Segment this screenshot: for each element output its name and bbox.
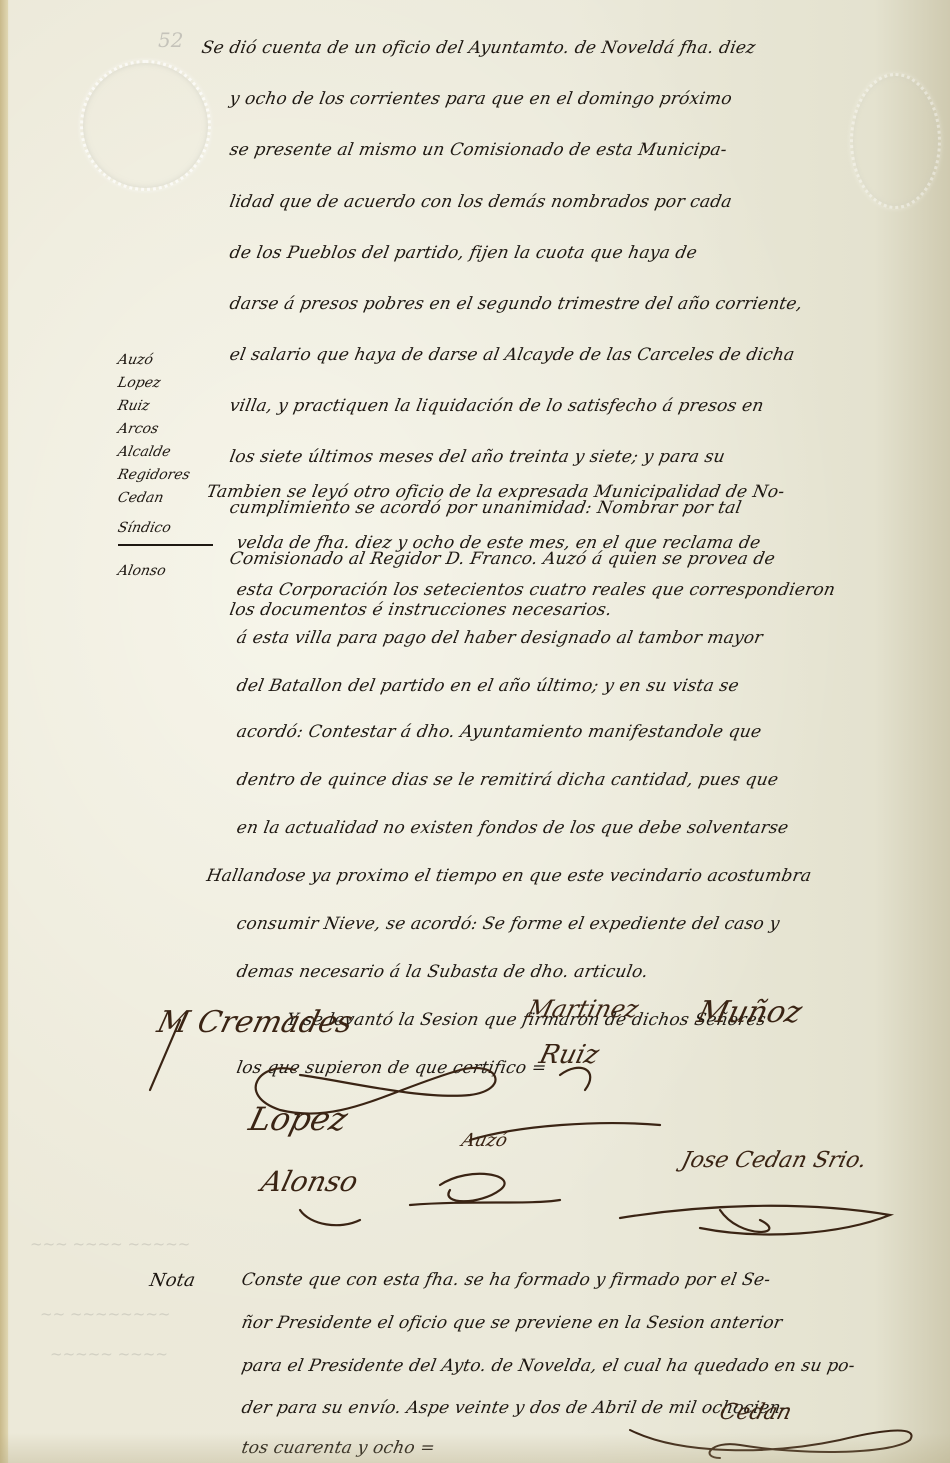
text-line: lidad que de acuerdo con los demás nombr… bbox=[228, 192, 734, 212]
text-line: Se dió cuenta de un oficio del Ayuntamto… bbox=[200, 38, 757, 58]
text-line: el salario que haya de darse al Alcayde … bbox=[228, 345, 796, 365]
margin-underline bbox=[118, 544, 213, 546]
note-signature-flourish bbox=[620, 1410, 950, 1463]
text-line: darse á presos pobres en el segundo trim… bbox=[228, 294, 804, 314]
text-line: en la actualidad no existen fondos de lo… bbox=[235, 818, 790, 838]
margin-name: Síndico bbox=[116, 520, 172, 536]
text-line: tos cuarenta y ocho = bbox=[240, 1438, 437, 1458]
margin-name: Alcalde bbox=[116, 444, 172, 460]
text-line: acordó: Contestar á dho. Ayuntamiento ma… bbox=[235, 722, 763, 742]
margin-name: Ruiz bbox=[116, 398, 151, 414]
embossed-seal-stamp bbox=[80, 60, 211, 191]
text-line: demas necesario á la Subasta de dho. art… bbox=[235, 962, 650, 982]
margin-name: Regidores bbox=[116, 467, 191, 483]
margin-name: Cedan bbox=[116, 490, 165, 506]
text-line: se presente al mismo un Comisionado de e… bbox=[228, 140, 728, 160]
text-line: los siete últimos meses del año treinta … bbox=[228, 447, 727, 467]
text-line: consumir Nieve, se acordó: Se forme el e… bbox=[235, 914, 781, 934]
text-line: velda de fha. diez y ocho de este mes, e… bbox=[235, 533, 762, 553]
text-line: á esta villa para pago del haber designa… bbox=[235, 628, 764, 648]
signature-flourishes bbox=[140, 1000, 940, 1240]
margin-name: Arcos bbox=[116, 421, 160, 437]
text-line: Conste que con esta fha. se ha formado y… bbox=[240, 1270, 772, 1290]
bleed-through-text: ~~ ~~~~~~~~ bbox=[40, 1305, 170, 1323]
text-line: de los Pueblos del partido, fijen la cuo… bbox=[228, 243, 699, 263]
text-line: ñor Presidente el oficio que se previene… bbox=[240, 1313, 784, 1333]
text-line: villa, y practiquen la liquidación de lo… bbox=[228, 396, 765, 416]
note-label: Nota bbox=[148, 1270, 197, 1291]
text-line: y ocho de los corrientes para que en el … bbox=[228, 89, 734, 109]
text-line: los documentos é instrucciones necesario… bbox=[228, 600, 613, 620]
embossed-seal-stamp-right bbox=[850, 73, 941, 209]
text-line: dentro de quince dias se le remitirá dic… bbox=[235, 770, 780, 790]
margin-name: Alonso bbox=[116, 563, 167, 579]
text-line: del Batallon del partido en el año últim… bbox=[235, 676, 740, 696]
margin-name: Auzó bbox=[116, 352, 154, 368]
margin-name: Lopez bbox=[116, 375, 162, 391]
text-line: Tambien se leyó otro oficio de la expres… bbox=[205, 482, 786, 502]
bleed-through-text: ~~~~~ ~~~~ bbox=[50, 1345, 168, 1363]
faint-page-number: 52 bbox=[158, 28, 183, 52]
page-binding-edge bbox=[0, 0, 8, 1463]
text-line: para el Presidente del Ayto. de Novelda,… bbox=[240, 1356, 856, 1376]
text-line: esta Corporación los setecientos cuatro … bbox=[235, 580, 837, 600]
manuscript-page: 52 ~~~ ~~~~ ~~~~~ ~~ ~~~~~~~~ ~~~~~ ~~~~… bbox=[0, 0, 950, 1463]
text-line: Hallandose ya proximo el tiempo en que e… bbox=[205, 866, 813, 886]
